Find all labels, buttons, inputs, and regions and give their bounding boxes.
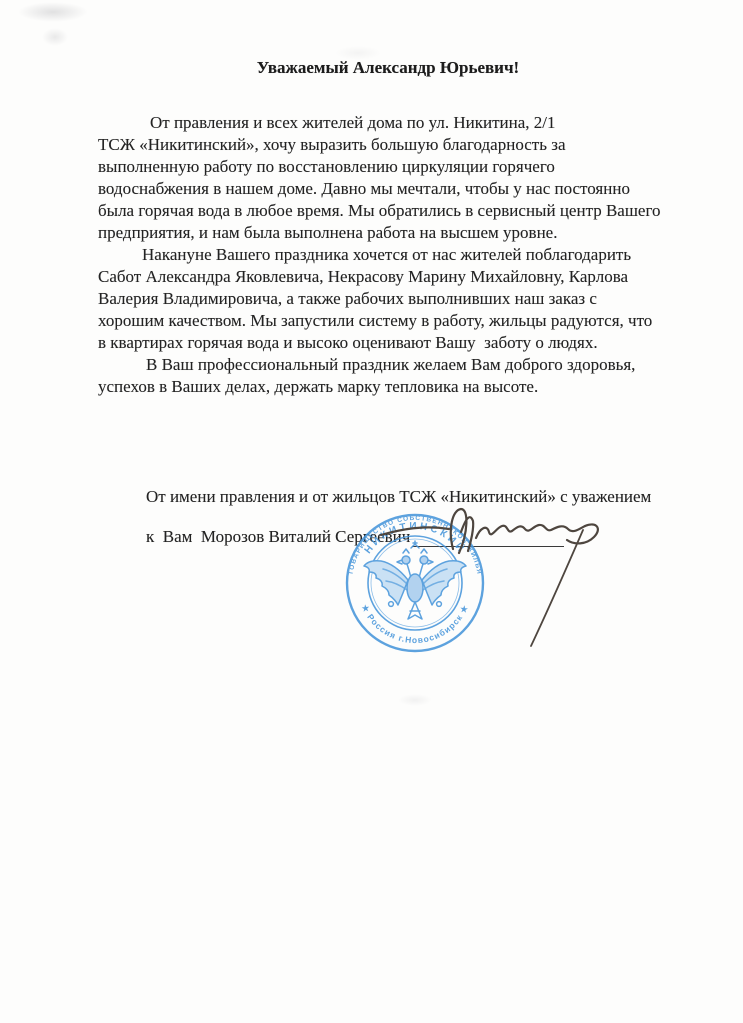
letter-closing: От имени правления и от жильцов ТСЖ «Ник… [98,486,718,548]
letter-salutation: Уважаемый Александр Юрьевич! [98,58,678,78]
double-headed-eagle-icon [364,541,466,619]
paragraph-3: В Ваш профессиональный праздник желаем В… [98,354,698,398]
stamp-ring-bottom-text: ★ Россия г.Новосибирск ★ [360,602,471,645]
scan-artifact [18,2,88,22]
paragraph-1: От правления и всех жителей дома по ул. … [98,112,698,244]
closing-line-2: к Вам Морозов Виталий Сергеевич [98,526,718,548]
scanned-letter-page: Уважаемый Александр Юрьевич! От правлени… [0,0,743,1023]
letter-body: От правления и всех жителей дома по ул. … [98,112,698,398]
scan-artifact [398,694,432,706]
closing-line-1: От имени правления и от жильцов ТСЖ «Ник… [98,486,718,508]
signature-line [412,546,564,547]
scan-artifact [42,28,68,46]
paragraph-2: Накануне Вашего праздника хочется от нас… [98,244,698,354]
